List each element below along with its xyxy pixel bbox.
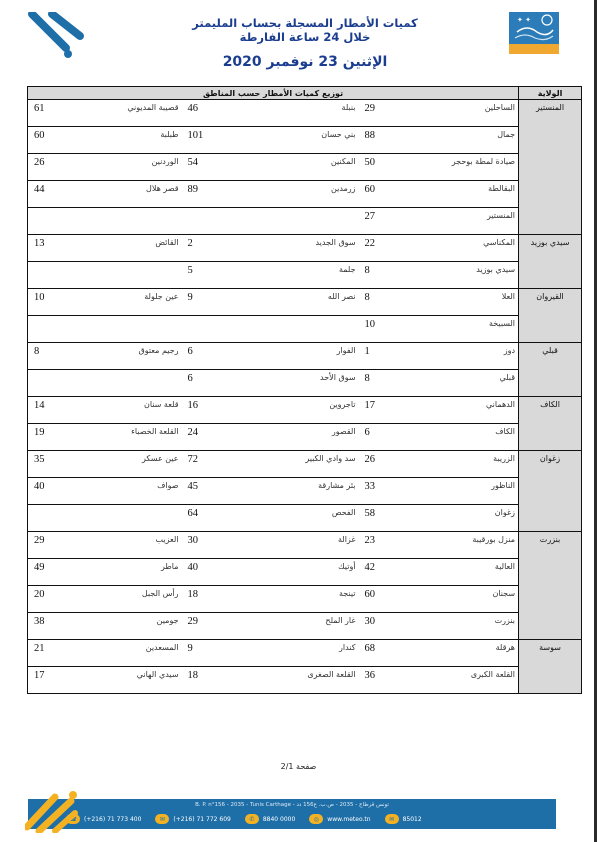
station-name [80, 316, 182, 343]
rainfall-value: 6 [359, 424, 409, 451]
contact-text: (+216) 71 773 400 [84, 816, 141, 823]
rainfall-table: الولاية توزيع كميات الأمطار حسب المناطق … [27, 86, 582, 694]
rainfall-value: 40 [182, 559, 237, 586]
table-row: سيدي بوزيد8جلمة5 [28, 262, 582, 289]
rainfall-value: 1 [359, 343, 409, 370]
footer-contact: ✉(+216) 71 772 609 [155, 814, 230, 824]
station-name: المسعدين [80, 640, 182, 667]
rainfall-value: 29 [182, 613, 237, 640]
rainfall-value: 38 [28, 613, 80, 640]
governorate-cell: سوسة [519, 640, 582, 694]
footer-contact: ✉85012 [385, 814, 422, 824]
station-name: عين عسكر [80, 451, 182, 478]
station-name: سوق الجديد [237, 235, 359, 262]
rainfall-value: 18 [182, 667, 237, 694]
table-row: القيروانالعلا8نصر الله9عين جلولة10 [28, 289, 582, 316]
table-row: الناظور33بئر مشارقة45صواف40 [28, 478, 582, 505]
footer-stripes-icon [25, 787, 80, 833]
station-name: قصيبة المديوني [80, 100, 182, 127]
station-name: العزيب [80, 532, 182, 559]
rainfall-value: 5 [182, 262, 237, 289]
station-name: بنبلة [237, 100, 359, 127]
rainfall-value: 23 [359, 532, 409, 559]
rainfall-value [28, 262, 80, 289]
station-name: القلعة الكبرى [409, 667, 519, 694]
table-row: جمال88بني حسان101طبلبة60 [28, 127, 582, 154]
rainfall-value [182, 208, 237, 235]
station-name: جلمة [237, 262, 359, 289]
station-name: الزريبة [409, 451, 519, 478]
governorate-cell: بنزرت [519, 532, 582, 640]
rainfall-value: 9 [182, 640, 237, 667]
station-name: العلا [409, 289, 519, 316]
station-name: القصور [237, 424, 359, 451]
rainfall-value: 60 [28, 127, 80, 154]
table-header: الولاية توزيع كميات الأمطار حسب المناطق [28, 87, 582, 100]
station-name: بئر مشارقة [237, 478, 359, 505]
rainfall-value: 19 [28, 424, 80, 451]
table-row: البقالطة60زرمدين89قصر هلال44 [28, 181, 582, 208]
rainfall-value: 14 [28, 397, 80, 424]
rainfall-value: 13 [28, 235, 80, 262]
ministry-logo-icon [28, 12, 88, 62]
governorate-cell: سيدي بوزيد [519, 235, 582, 289]
governorate-cell: الكاف [519, 397, 582, 451]
rainfall-value [28, 316, 80, 343]
rainfall-value: 29 [28, 532, 80, 559]
station-name: تينجة [237, 586, 359, 613]
station-name: هرقلة [409, 640, 519, 667]
station-name: القلعة الصغرى [237, 667, 359, 694]
contact-text[interactable]: www.meteo.tn [327, 816, 370, 823]
rainfall-value: 9 [182, 289, 237, 316]
footer-address: B. P. n°156 - 2035 - Tunis Carthage - تو… [28, 802, 556, 808]
table-row: المنستيرالساحلين29بنبلة46قصيبة المديوني6… [28, 100, 582, 127]
rainfall-value: 64 [182, 505, 237, 532]
station-name: بني حسان [237, 127, 359, 154]
rainfall-value: 50 [359, 154, 409, 181]
rainfall-value: 17 [28, 667, 80, 694]
table-row: السبيخة10 [28, 316, 582, 343]
rainfall-value: 60 [359, 586, 409, 613]
rainfall-value [182, 316, 237, 343]
station-name: صيادة لمطة بوحجر [409, 154, 519, 181]
rainfall-value: 10 [28, 289, 80, 316]
rainfall-value: 101 [182, 127, 237, 154]
station-name: السبيخة [409, 316, 519, 343]
station-name: صواف [80, 478, 182, 505]
rainfall-value: 89 [182, 181, 237, 208]
station-name: دوز [409, 343, 519, 370]
footer-banner: B. P. n°156 - 2035 - Tunis Carthage - تو… [28, 799, 556, 829]
station-name: البقالطة [409, 181, 519, 208]
station-name: القائض [80, 235, 182, 262]
table-row: بنزرت30غار الملح29جومين38 [28, 613, 582, 640]
station-name: الكاف [409, 424, 519, 451]
station-name [80, 370, 182, 397]
station-name: جمال [409, 127, 519, 154]
station-name: قبلي [409, 370, 519, 397]
rainfall-value: 60 [359, 181, 409, 208]
rainfall-value: 30 [359, 613, 409, 640]
svg-text:✦ ✦: ✦ ✦ [517, 16, 531, 24]
table-row: بنزرتمنزل بورقيبة23غزالة30العزيب29 [28, 532, 582, 559]
station-name: العالية [409, 559, 519, 586]
station-name: ماطر [80, 559, 182, 586]
rainfall-value: 8 [359, 262, 409, 289]
rainfall-value: 6 [182, 370, 237, 397]
table-row: المنستير27 [28, 208, 582, 235]
governorate-cell: زغوان [519, 451, 582, 532]
rainfall-value [28, 370, 80, 397]
station-name: زغوان [409, 505, 519, 532]
station-name [80, 262, 182, 289]
station-name: زرمدين [237, 181, 359, 208]
rainfall-value: 58 [359, 505, 409, 532]
rainfall-value: 10 [359, 316, 409, 343]
rainfall-value: 44 [28, 181, 80, 208]
station-name: رأس الجبل [80, 586, 182, 613]
rainfall-value [28, 208, 80, 235]
fax-icon: ✉ [155, 814, 169, 824]
rainfall-value: 35 [28, 451, 80, 478]
call-icon: ✆ [245, 814, 259, 824]
station-name: الفوار [237, 343, 359, 370]
web-icon: ◎ [309, 814, 323, 824]
station-name: منزل بورقيبة [409, 532, 519, 559]
page-number: صفحة 2/1 [0, 762, 597, 771]
station-name: المكناسي [409, 235, 519, 262]
rainfall-value: 16 [182, 397, 237, 424]
station-name: رجيم معتوق [80, 343, 182, 370]
rainfall-value: 21 [28, 640, 80, 667]
station-name: سيدي بوزيد [409, 262, 519, 289]
rainfall-value: 29 [359, 100, 409, 127]
sms-icon: ✉ [385, 814, 399, 824]
contact-text: 8840 0000 [263, 816, 295, 823]
station-name: الفحص [237, 505, 359, 532]
rainfall-value: 18 [182, 586, 237, 613]
station-name: قلعة سنان [80, 397, 182, 424]
table-row: صيادة لمطة بوحجر50المكنين54الوردنين26 [28, 154, 582, 181]
rainfall-value: 54 [182, 154, 237, 181]
footer-contacts: ☎(+216) 71 773 400✉(+216) 71 772 609✆884… [66, 814, 422, 824]
governorate-cell: قبلي [519, 343, 582, 397]
table-row: سجنان60تينجة18رأس الجبل20 [28, 586, 582, 613]
station-name: غزالة [237, 532, 359, 559]
station-name: قصر هلال [80, 181, 182, 208]
station-name: نصر الله [237, 289, 359, 316]
header-distribution: توزيع كميات الأمطار حسب المناطق [28, 87, 519, 100]
report-title: كميات الأمطار المسجلة بحساب المليمتر خلا… [140, 16, 470, 44]
rainfall-value: 88 [359, 127, 409, 154]
table-row: الكاف6القصور24القلعة الخصباء19 [28, 424, 582, 451]
station-name: كندار [237, 640, 359, 667]
table-row: قبلي8سوق الأحد6 [28, 370, 582, 397]
rainfall-value: 22 [359, 235, 409, 262]
inm-logo-icon: ✦ ✦ [509, 12, 559, 54]
title-line-1: كميات الأمطار المسجلة بحساب المليمتر [140, 16, 470, 30]
station-name: سد وادي الكبير [237, 451, 359, 478]
rainfall-value: 26 [359, 451, 409, 478]
rainfall-value: 27 [359, 208, 409, 235]
station-name [80, 505, 182, 532]
rainfall-value: 8 [28, 343, 80, 370]
table-row: زغوان58الفحص64 [28, 505, 582, 532]
station-name: جومين [80, 613, 182, 640]
rainfall-value: 49 [28, 559, 80, 586]
table-row: القلعة الكبرى36القلعة الصغرى18سيدي الهان… [28, 667, 582, 694]
rainfall-value: 2 [182, 235, 237, 262]
rainfall-value: 36 [359, 667, 409, 694]
station-name: عين جلولة [80, 289, 182, 316]
table-row: زغوانالزريبة26سد وادي الكبير72عين عسكر35 [28, 451, 582, 478]
table-row: سيدي بوزيدالمكناسي22سوق الجديد2القائض13 [28, 235, 582, 262]
station-name: طبلبة [80, 127, 182, 154]
title-line-2: خلال 24 ساعة الفارطة [140, 30, 470, 44]
rainfall-value: 26 [28, 154, 80, 181]
rainfall-value: 42 [359, 559, 409, 586]
station-name [80, 208, 182, 235]
station-name: بنزرت [409, 613, 519, 640]
table-row: قبليدوز1الفوار6رجيم معتوق8 [28, 343, 582, 370]
rainfall-value: 61 [28, 100, 80, 127]
station-name: الناظور [409, 478, 519, 505]
rainfall-value: 45 [182, 478, 237, 505]
station-name: سجنان [409, 586, 519, 613]
contact-text: 85012 [403, 816, 422, 823]
table-row: سوسةهرقلة68كندار9المسعدين21 [28, 640, 582, 667]
rainfall-value: 72 [182, 451, 237, 478]
footer-contact: ✆8840 0000 [245, 814, 295, 824]
rainfall-value: 40 [28, 478, 80, 505]
station-name: المكنين [237, 154, 359, 181]
footer-contact: ◎www.meteo.tn [309, 814, 370, 824]
rainfall-value: 8 [359, 289, 409, 316]
station-name: الدهماني [409, 397, 519, 424]
governorate-cell: المنستير [519, 100, 582, 235]
rainfall-value: 20 [28, 586, 80, 613]
rainfall-value: 68 [359, 640, 409, 667]
header-governorate: الولاية [519, 87, 582, 100]
report-date: الإثنين 23 نوفمبر 2020 [140, 54, 470, 70]
station-name: أوتيك [237, 559, 359, 586]
rainfall-value: 46 [182, 100, 237, 127]
station-name: سيدي الهاني [80, 667, 182, 694]
table-row: الكافالدهماني17تاجروين16قلعة سنان14 [28, 397, 582, 424]
rainfall-value: 6 [182, 343, 237, 370]
station-name [237, 208, 359, 235]
rainfall-value: 33 [359, 478, 409, 505]
rainfall-value: 8 [359, 370, 409, 397]
station-name: سوق الأحد [237, 370, 359, 397]
table-row: العالية42أوتيك40ماطر49 [28, 559, 582, 586]
station-name [237, 316, 359, 343]
station-name: القلعة الخصباء [80, 424, 182, 451]
rainfall-value: 17 [359, 397, 409, 424]
station-name: تاجروين [237, 397, 359, 424]
station-name: المنستير [409, 208, 519, 235]
rainfall-value [28, 505, 80, 532]
contact-text: (+216) 71 772 609 [173, 816, 230, 823]
station-name: الوردنين [80, 154, 182, 181]
rainfall-value: 24 [182, 424, 237, 451]
rainfall-value: 30 [182, 532, 237, 559]
governorate-cell: القيروان [519, 289, 582, 343]
station-name: الساحلين [409, 100, 519, 127]
station-name: غار الملح [237, 613, 359, 640]
